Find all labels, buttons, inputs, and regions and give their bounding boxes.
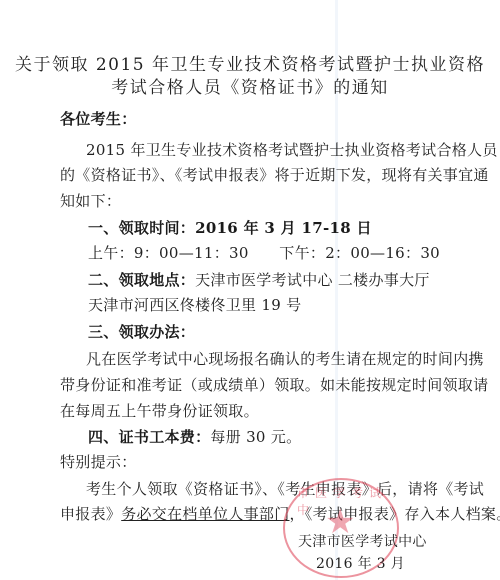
signature-org: 天津市医学考试中心 [298, 531, 427, 551]
intro-line-3: 知如下： [60, 190, 121, 211]
document-title-line1: 关于领取 2015 年卫生专业技术资格考试暨护士执业资格 [0, 50, 500, 75]
section-place-heading: 二、领取地点： [88, 271, 195, 289]
salutation: 各位考生： [60, 108, 137, 129]
notice-underlined-text: 务必交在档单位人事部门 [121, 505, 289, 523]
section-time-detail: 上午：9：00—11：30 下午：2：00—16：30 [88, 242, 440, 263]
document-title-line2: 考试合格人员《资格证书》的通知 [0, 73, 500, 98]
intro-line-2: 的《资格证书》、《考试申报表》将于近期下发，现将有关事宜通 [60, 164, 489, 185]
section-time-heading: 一、领取时间：2016 年 3 月 17-18 日 [88, 217, 372, 238]
section-method-line-3: 在每周五上午带身份证领取。 [60, 400, 259, 421]
section-place-value: 天津市医学考试中心 二楼办事大厅 [195, 271, 430, 289]
section-method-line-1: 凡在医学考试中心现场报名确认的考生请在规定的时间内携 [86, 348, 484, 369]
section-place-address: 天津市河西区佟楼佟卫里 19 号 [88, 294, 301, 315]
signature-date: 2016 年 3 月 [316, 553, 405, 573]
section-fee-heading: 四、证书工本费： [88, 428, 210, 446]
notice-line-1: 考生个人领取《资格证书》、《考生申报表》后，请将《考试 [86, 478, 484, 499]
section-method-heading: 三、领取办法： [88, 321, 195, 342]
section-fee: 四、证书工本费：每册 30 元。 [88, 426, 301, 447]
notice-heading: 特别提示： [60, 451, 137, 472]
notice-line-2: 申报表》务必交在档单位人事部门，《考试申报表》存入本人档案。 [60, 503, 500, 524]
section-place: 二、领取地点：天津市医学考试中心 二楼办事大厅 [88, 269, 430, 290]
intro-line-1: 2015 年卫生专业技术资格考试暨护士执业资格考试合格人员 [86, 139, 498, 160]
notice-line-2-start: 申报表》 [60, 505, 121, 523]
section-method-line-2: 带身份证和准考证（或成绩单）领取。如未能按规定时间领取请 [60, 374, 488, 395]
section-fee-value: 每册 30 元。 [210, 428, 301, 446]
